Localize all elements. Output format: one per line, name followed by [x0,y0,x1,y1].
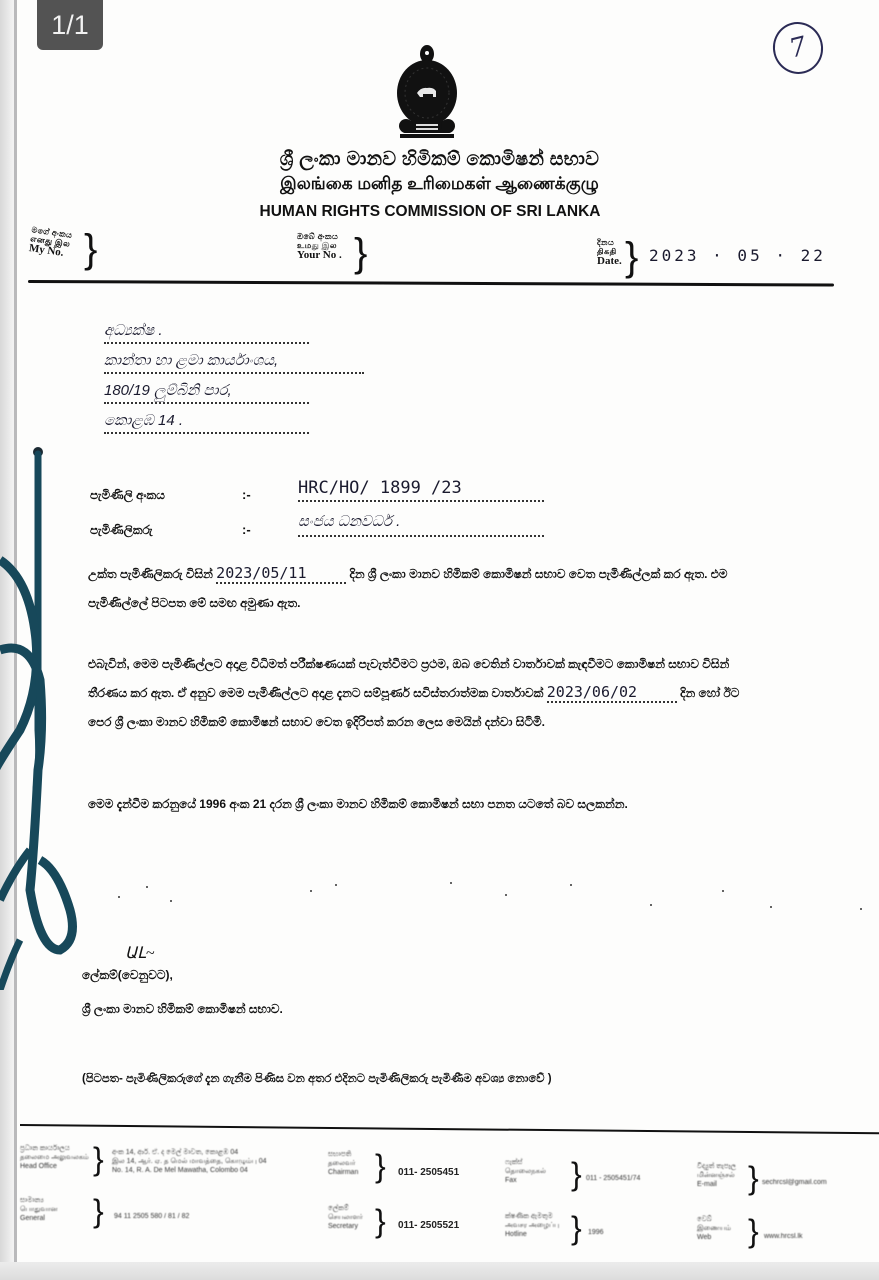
body-paragraph-3: මෙම දැන්වීම කරනුයේ 1996 අංක 21 දරන ශ්‍රී… [88,790,756,819]
footer-text: සාමාන්‍ය [20,1196,58,1205]
footer-text: Web [697,1233,731,1242]
footer-email-value: sechrcsl@gmail.com [762,1178,827,1187]
brace: } [625,237,638,277]
footer-hotline-value: 1996 [588,1228,604,1237]
footer-web-label: වෙබ් இணையம் Web [697,1215,731,1242]
brace: } [748,1162,759,1194]
footer-text: Head Office [20,1162,89,1171]
footer-text: අංක 14, ආර්. ඒ. ද මෙල් මාවත, කොළඹ 04 [112,1148,312,1157]
footer-secretary-phone: 011- 2505521 [398,1220,459,1231]
your-no-label-en: Your No . [297,249,342,261]
footer-text: ප්‍රධාන කාර්යාලය [20,1144,89,1153]
brace: } [93,1143,104,1175]
footer-text: No. 14, R. A. De Mel Mawatha, Colombo 04 [112,1166,312,1175]
footer-text: Fax [505,1176,546,1185]
footer-general-label: සාමාන්‍ය பொதுவான General [20,1196,58,1223]
footer-general-value: 94 11 2505 580 / 81 / 82 [114,1212,189,1221]
copy-note: (පිටපත- පැමිණිලිකරුගේ දැන ගැනීම පිණිස වන… [82,1073,772,1086]
your-no-label: ඔබේ අංකය உமது இல Your No . [297,232,342,261]
complainant-label: පැමිණිලිකරු [90,523,153,538]
footer-head-office-label: ප්‍රධාන කාර්යාලය தலைமை அலுவலகம் Head Off… [20,1144,89,1171]
footer-email-label: විද්‍යුත් තැපෑල மின்னஞ்சல் E-mail [697,1162,736,1189]
body-paragraph-1: උක්ත පැමිණිලිකරු විසින් 2023/05/11 දින ශ… [88,560,756,618]
page-bottom-shadow [0,1262,879,1280]
footer-text: ක්ෂණික ඇමතුම [505,1212,559,1221]
brace: } [748,1215,759,1247]
addressee-line: 180/19 ලුම්බිනි පාර, [104,382,309,404]
header-title-sinhala: ශ්‍රී ලංකා මානව හිමිකම් කොමිෂන් සභාව [0,149,879,171]
footer-text: E-mail [697,1180,736,1189]
page-number-text: 7 [786,31,809,64]
emblem-icon [396,43,458,139]
addressee-line: කාන්තා හා ළමා කාර්යාංශය, [104,352,364,374]
footer-text: இணையம் [697,1224,731,1233]
footer-text: தொலைநகல் [505,1167,546,1176]
footer-chairman-label: සභාපති தலைவர் Chairman [328,1150,358,1177]
footer-text: பொதுவான [20,1205,58,1214]
footer-text: மின்னஞ்சல் [697,1171,736,1180]
complaint-date: 2023/05/11 [216,564,346,584]
complaint-number-value: HRC/HO/ 1899 /23 [298,478,544,502]
footer-text: General [20,1214,58,1223]
brace: } [93,1195,104,1227]
footer-secretary-label: ලේකම් செயலாளர் Secretary [328,1204,363,1231]
footer-text: தலைமை அலுவலகம் [20,1153,89,1162]
separator: :- [242,487,251,502]
footer-text: அவசர அழைப்பு [505,1221,559,1230]
date-label-en: Date. [597,255,622,267]
footer-text: செயலாளர் [328,1213,363,1222]
footer-chairman-phone: 011- 2505451 [398,1167,459,1178]
addressee-line: අධ්‍යක්ෂ . [104,322,309,344]
body-paragraph-2: එබැවින්, මෙම පැමිණිල්ලට අදාළ විධිමත් පරී… [88,650,756,737]
footer-text: ෆැක්ස් [505,1158,546,1167]
header-title-tamil: இலங்கை மனித உரிமைகள் ஆணைக்குழு [0,174,879,196]
scan-specks [110,880,879,930]
your-no-label-si: ඔබේ අංකය [297,232,342,241]
footer-fax-value: 011 - 2505451/74 [586,1174,640,1183]
signer-title: ලේකම්(වෙනුවට), [82,968,173,983]
para1-text: උක්ත පැමිණිලිකරු විසින් [88,567,213,581]
report-due-date: 2023/06/02 [547,683,677,703]
separator: :- [242,522,251,537]
brace: } [571,1212,582,1244]
footer-text: වෙබ් [697,1215,731,1224]
footer-text: විද්‍යුත් තැපෑල [697,1162,736,1171]
footer-text: தலைவர் [328,1159,358,1168]
date-value: 2023 · 05 · 22 [649,246,826,265]
my-no-label: මගේ අංකය எனது இல My No. [28,225,73,259]
addressee-line: කොළඹ 14 . [104,412,309,434]
brace: } [375,1205,386,1237]
footer-text: ලේකම් [328,1204,363,1213]
brace: } [571,1158,582,1190]
footer-text: Secretary [328,1222,363,1231]
footer-web-value: www.hrcsl.lk [764,1232,803,1241]
brace: } [375,1150,386,1182]
footer-text: Chairman [328,1168,358,1177]
binding-cord [0,430,90,990]
complainant-value: සංජය ධනවර්ධ . [298,513,544,537]
footer-text: Hotline [505,1230,559,1239]
signature-mark: ԱԼ~ [125,943,154,963]
footer-address: අංක 14, ආර්. ඒ. ද මෙල් මාවත, කොළඹ 04 இல … [112,1148,312,1175]
complaint-number-label: පැමිණිලි අංකය [90,488,165,503]
page-counter: 1/1 [37,0,103,50]
footer-hotline-label: ක්ෂණික ඇමතුම அவசர அழைப்பு Hotline [505,1212,559,1239]
date-label: දිනය திகதி Date. [597,238,622,267]
footer-text: இல 14, ஆர். ஏ. த மெல் மாவத்தை, கொழும்பு … [112,1157,312,1166]
header-title-english: HUMAN RIGHTS COMMISSION OF SRI LANKA [0,203,860,221]
date-label-si: දිනය [597,238,622,247]
signer-organization: ශ්‍රී ලංකා මානව හිමිකම් කොමිෂන් සභාව. [82,1002,283,1017]
footer-fax-label: ෆැක්ස් தொலைநகல் Fax [505,1158,546,1185]
footer-text: සභාපති [328,1150,358,1159]
brace: } [354,233,367,273]
brace: } [84,229,97,269]
